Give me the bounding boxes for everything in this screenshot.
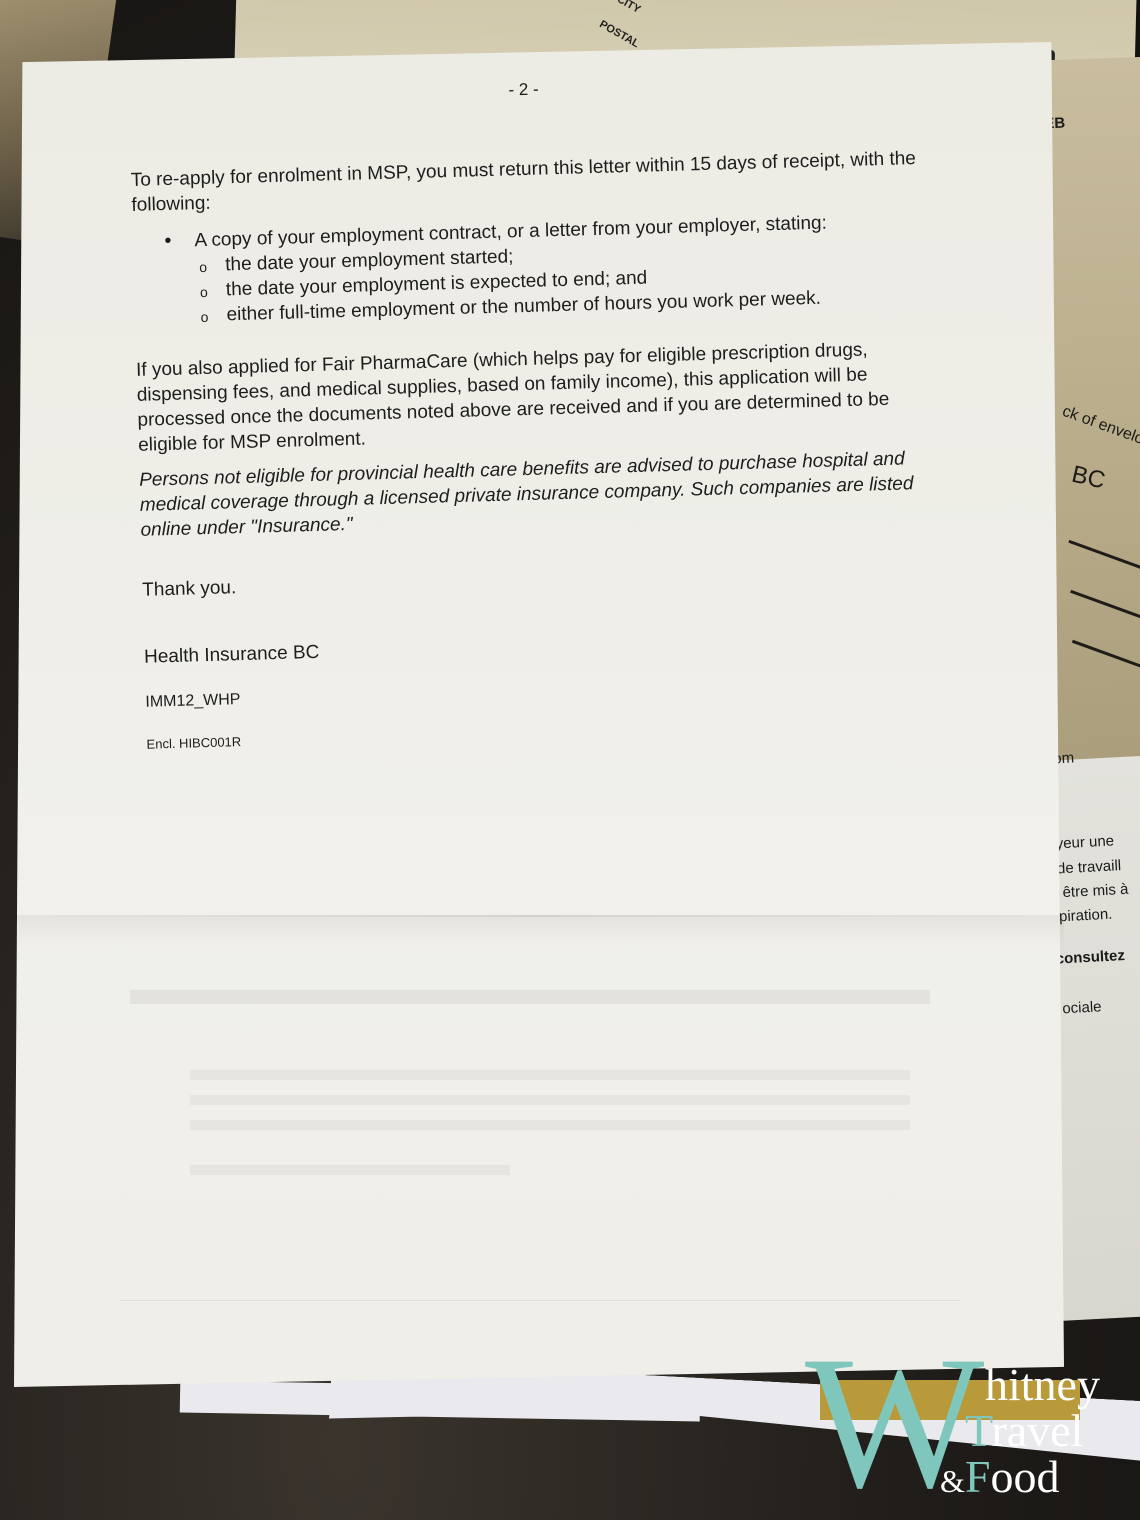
watermark-line-1: hitney (985, 1362, 1100, 1408)
french-fragment: consultez (1055, 947, 1125, 968)
circle-bullet-icon: o (199, 255, 207, 280)
show-through-text (190, 1120, 910, 1130)
show-through-footer-rule (120, 1300, 960, 1301)
envelope-text-bc: BC (1069, 461, 1108, 496)
watermark-line-3: &Food (940, 1454, 1059, 1500)
french-fragment: de travaill (1057, 857, 1122, 877)
show-through-text (190, 1165, 510, 1175)
circle-bullet-icon: o (200, 305, 208, 330)
show-through-text (190, 1070, 910, 1080)
show-through-text (190, 1095, 910, 1105)
watermark-initial-t: T (965, 1405, 991, 1456)
french-fragment: yeur une (1055, 832, 1114, 852)
envelope-rule (1068, 540, 1140, 584)
watermark-word-ravel: ravel (991, 1405, 1083, 1456)
paper-fold-shadow (14, 917, 1064, 947)
envelope-text-back: ck of envelop (1060, 403, 1140, 452)
french-fragment: ociale (1062, 998, 1102, 1017)
watermark-word-ood: ood (990, 1451, 1059, 1502)
whitney-travel-food-watermark: W hitney Travel &Food (800, 1340, 1140, 1520)
envelope-rule (1070, 590, 1140, 634)
circle-bullet-icon: o (200, 280, 208, 305)
bullet-icon: • (164, 229, 172, 254)
show-through-text (130, 990, 930, 1004)
envelope-rule (1072, 640, 1140, 684)
page-number: - 2 - (508, 77, 539, 103)
watermark-ampersand: & (940, 1463, 965, 1499)
watermark-initial-f: F (965, 1451, 991, 1502)
watermark-line-2: Travel (965, 1408, 1083, 1454)
requirement-item: • A copy of your employment contract, or… (162, 211, 829, 330)
form-label-city: CITY (615, 0, 643, 16)
requirements-list: • A copy of your employment contract, or… (162, 211, 829, 330)
form-label-postal: POSTAL (597, 18, 641, 50)
french-fragment: t être mis à (1054, 881, 1129, 902)
